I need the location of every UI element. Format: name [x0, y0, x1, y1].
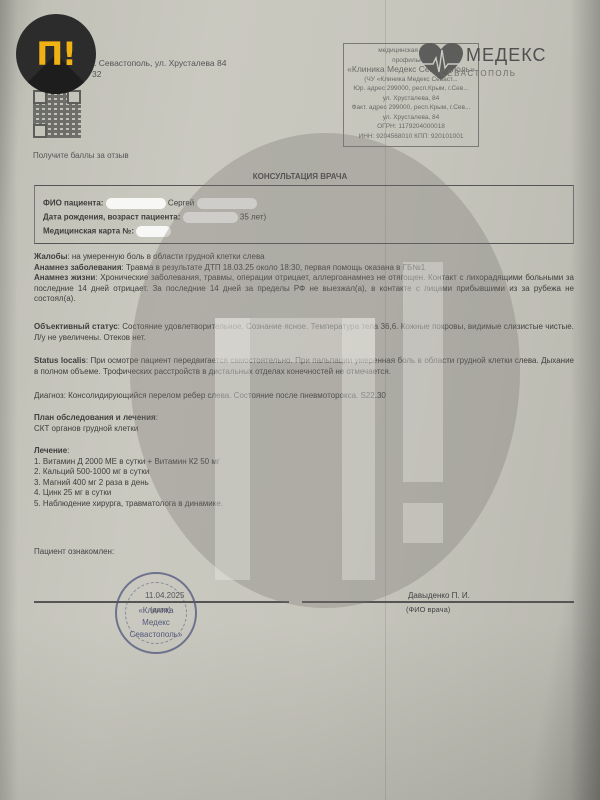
plan-label: План обследования и лечения [34, 413, 156, 422]
redaction [183, 212, 238, 223]
patient-name-label: ФИО пациента: [43, 199, 103, 208]
complaints-text: : на умеренную боль в области грудной кл… [67, 252, 264, 261]
objective-status-section: Объективный статус: Состояние удовлетвор… [34, 322, 574, 343]
complaints-label: Жалобы [34, 252, 67, 261]
anamnesis-disease-text: : Травма в результате ДТП 18.03.25 около… [122, 263, 426, 272]
brand-name: МЕДЕКС [466, 45, 546, 66]
treatment-item: 3. Магний 400 мг 2 раза в день [34, 478, 223, 489]
objective-status-label: Объективный статус [34, 322, 118, 331]
patient-info-box: ФИО пациента: Сергей Дата рождения, возр… [34, 185, 574, 244]
photo-shadow-bottom [0, 620, 600, 800]
patient-acknowledgement: Пациент ознакомлен: [34, 547, 114, 556]
redaction [106, 198, 166, 209]
logo-text: П! [16, 14, 96, 94]
qr-code-icon [33, 90, 81, 138]
photo-shadow-right [570, 0, 600, 800]
stamp-line: Факт. адрес 299000, респ.Крым, г.Сев... [344, 103, 478, 113]
treatment-label: Лечение [34, 446, 67, 455]
address-line-1: г. Севастополь, ул. Хрусталева 84 [92, 58, 226, 69]
medical-card-field: Медицинская карта №: [43, 226, 171, 237]
treatment-item: 4. Цинк 25 мг в сутки [34, 488, 223, 499]
patient-name-value: Сергей [168, 199, 194, 208]
stamp-line: ОГРН: 1179204000018 [344, 122, 478, 132]
medical-card-label: Медицинская карта №: [43, 227, 134, 236]
patient-name-field: ФИО пациента: Сергей [43, 198, 257, 209]
treatment-item: 5. Наблюдение хирурга, травматолога в ди… [34, 499, 223, 510]
anamnesis-life-text: : Хронические заболевания, травмы, опера… [34, 273, 574, 303]
stamp-line: ИНН: 9204568010 КПП: 920101001 [344, 132, 478, 142]
patient-dob-field: Дата рождения, возраст пациента: 35 лет) [43, 212, 266, 223]
anamnesis-life-label: Анамнез жизни [34, 273, 95, 282]
brand-subtitle: СЕВАСТОПОЛЬ [440, 69, 517, 78]
redaction [136, 226, 171, 237]
anamnesis-disease-label: Анамнез заболевания [34, 263, 122, 272]
treatment-item: 1. Витамин Д 2000 МЕ в сутки + Витамин К… [34, 457, 223, 468]
doctor-signature-line [302, 601, 574, 603]
plan-text: СКТ органов грудной клетки [34, 424, 574, 435]
doctor-name: Давыденко П. И. [408, 591, 470, 600]
plan-colon: : [156, 413, 158, 422]
treatment-colon: : [67, 446, 69, 455]
doctor-label: (ФИО врача) [406, 605, 450, 614]
treatment-section: Лечение: 1. Витамин Д 2000 МЕ в сутки + … [34, 446, 223, 510]
plan-section: План обследования и лечения: СКТ органов… [34, 413, 574, 434]
publisher-logo-icon: П! [16, 14, 96, 94]
patient-dob-label: Дата рождения, возраст пациента: [43, 213, 180, 222]
document-title: КОНСУЛЬТАЦИЯ ВРАЧА [0, 172, 600, 181]
status-localis-text: : При осмотре пациент передвигается само… [34, 356, 574, 376]
status-localis-label: Status localis [34, 356, 86, 365]
stamp-line: Юр. адрес 299000, респ.Крым, г.Сев... [344, 84, 478, 94]
diagnosis-section: Диагноз: Консолидирующийся перелом ребер… [34, 391, 574, 402]
diagnosis-label: Диагноз: [34, 391, 66, 400]
review-prompt: Получите баллы за отзыв [33, 151, 129, 160]
seal-line-1: «Клиника [117, 606, 195, 615]
redaction [197, 198, 257, 209]
stamp-line: ул. Хрусталева, 84 [344, 113, 478, 123]
complaints-section: Жалобы: на умеренную боль в области груд… [34, 252, 574, 305]
status-localis-section: Status localis: При осмотре пациент пере… [34, 356, 574, 377]
stamp-line: ул. Хрусталева, 84 [344, 94, 478, 104]
clinic-address: г. Севастополь, ул. Хрусталева 84 32 [92, 58, 226, 80]
watermark-glyph-dot [403, 503, 443, 543]
address-line-2: 32 [92, 69, 226, 80]
treatment-item: 2. Кальций 500-1000 мг в сутки [34, 467, 223, 478]
diagnosis-text: Консолидирующийся перелом ребер слева. С… [66, 391, 386, 400]
patient-age-value: 35 лет) [240, 213, 266, 222]
